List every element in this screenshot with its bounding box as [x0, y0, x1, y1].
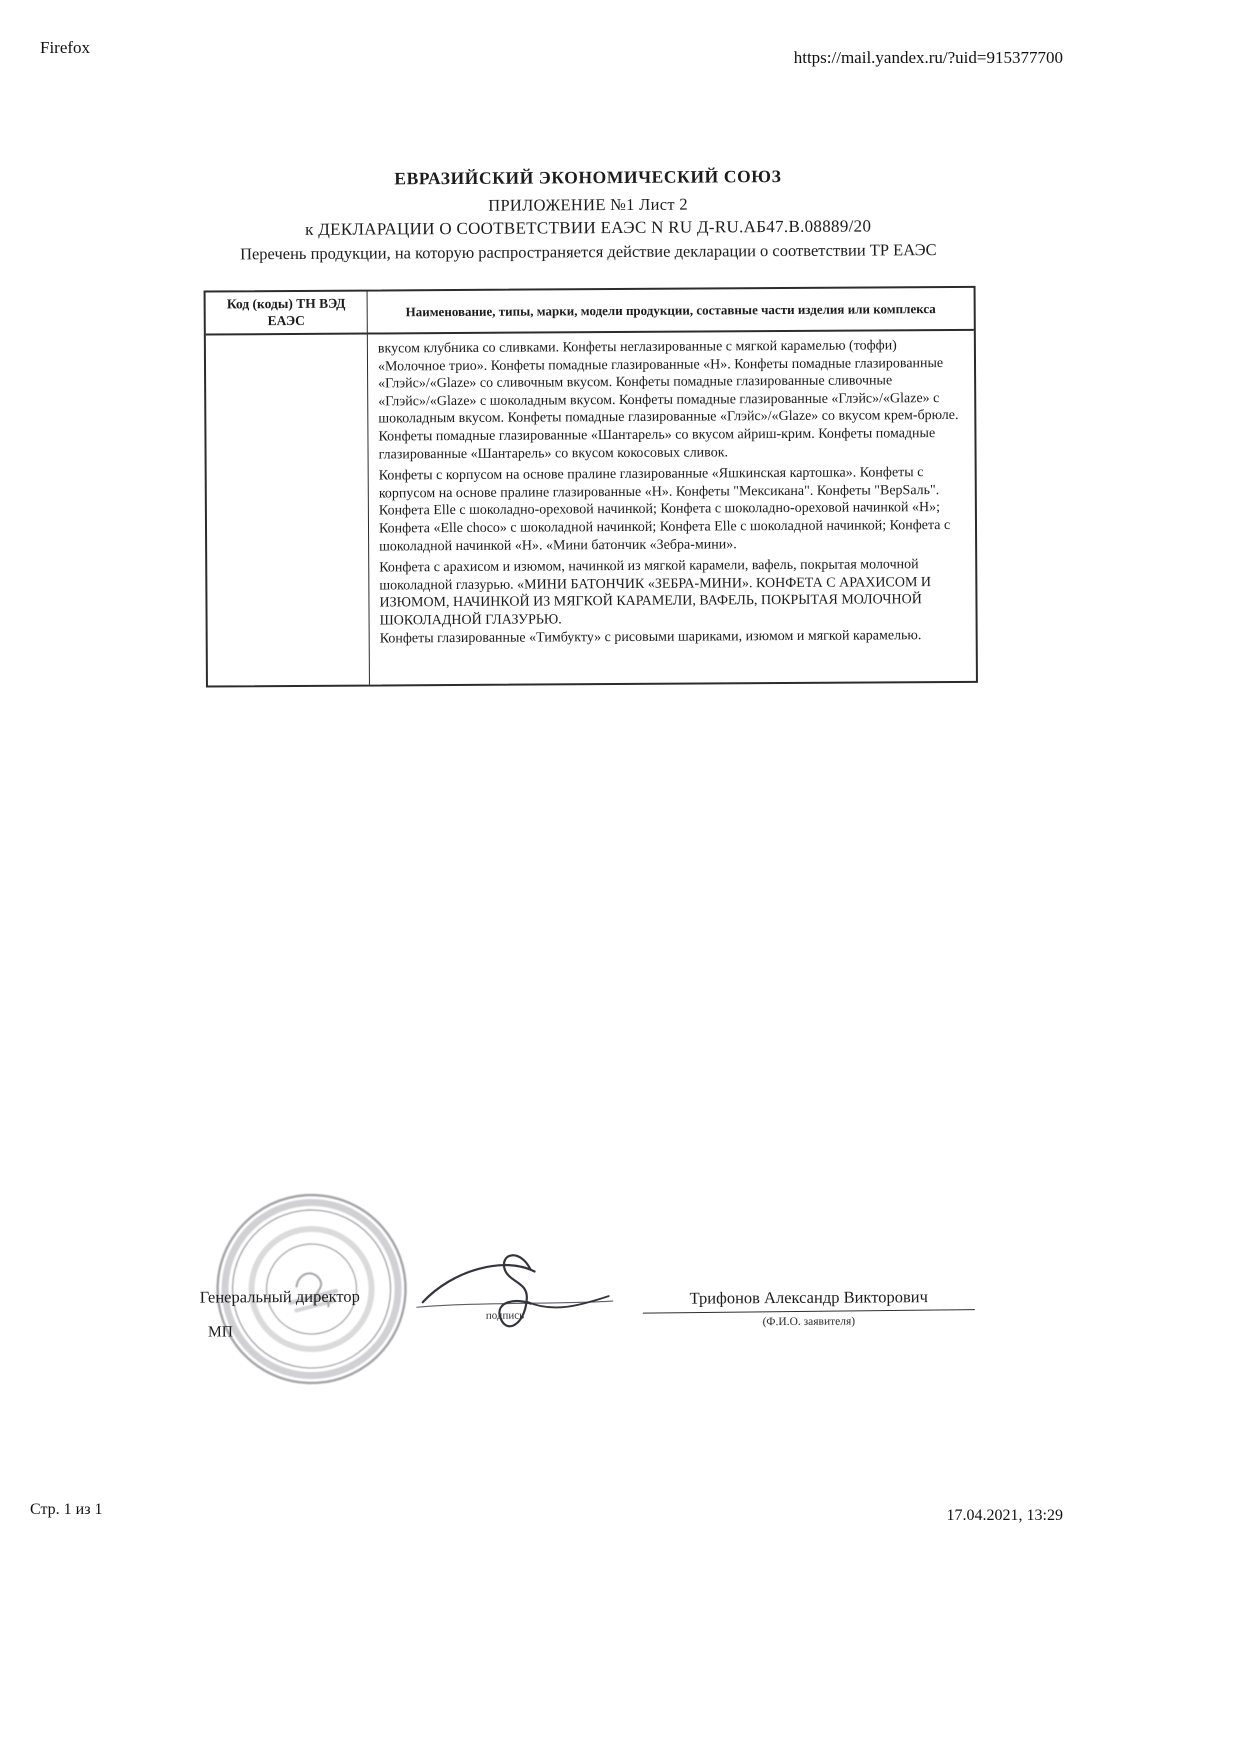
document-title-declaration-number: к ДЕКЛАРАЦИИ О СООТВЕТСТВИИ ЕАЭС N RU Д-…	[0, 215, 1178, 242]
document-title-union: ЕВРАЗИЙСКИЙ ЭКОНОМИЧЕСКИЙ СОЮЗ	[0, 164, 1178, 192]
document-subtitle-product-list: Перечень продукции, на которую распростр…	[0, 239, 1178, 266]
signer-position-title: Генеральный директор	[200, 1287, 360, 1308]
product-paragraph: вкусом клубника со сливками. Конфеты нег…	[378, 337, 967, 464]
handwritten-signature	[412, 1243, 623, 1344]
table-header-name-column: Наименование, типы, марки, модели продук…	[368, 288, 974, 335]
print-footer-page-number: Стр. 1 из 1	[30, 1501, 103, 1519]
scanned-document: ЕВРАЗИЙСКИЙ ЭКОНОМИЧЕСКИЙ СОЮЗ ПРИЛОЖЕНИ…	[0, 0, 1240, 1754]
print-preview-page: Firefox https://mail.yandex.ru/?uid=9153…	[0, 0, 1240, 1754]
product-paragraph: Конфеты глазированные «Тимбукту» с рисов…	[380, 626, 968, 647]
seal-place-mark: МП	[208, 1323, 233, 1341]
applicant-name: Трифонов Александр Викторович	[643, 1287, 975, 1309]
product-paragraph: Конфеты с корпусом на основе пралине гла…	[379, 464, 968, 556]
applicant-name-underline	[643, 1309, 975, 1314]
applicant-name-caption: (Ф.И.О. заявителя)	[643, 1315, 975, 1329]
product-paragraph: Конфета с арахисом и изюмом, начинкой из…	[379, 556, 967, 630]
print-footer-datetime: 17.04.2021, 13:29	[947, 1507, 1063, 1525]
table-cell-code-value	[206, 335, 370, 686]
signature-caption: подпись	[486, 1310, 524, 1322]
table-cell-product-description: вкусом клубника со сливками. Конфеты нег…	[368, 331, 976, 685]
product-table: Код (коды) ТН ВЭД ЕАЭС Наименование, тип…	[204, 286, 978, 688]
table-header-code-column: Код (коды) ТН ВЭД ЕАЭС	[206, 292, 368, 336]
